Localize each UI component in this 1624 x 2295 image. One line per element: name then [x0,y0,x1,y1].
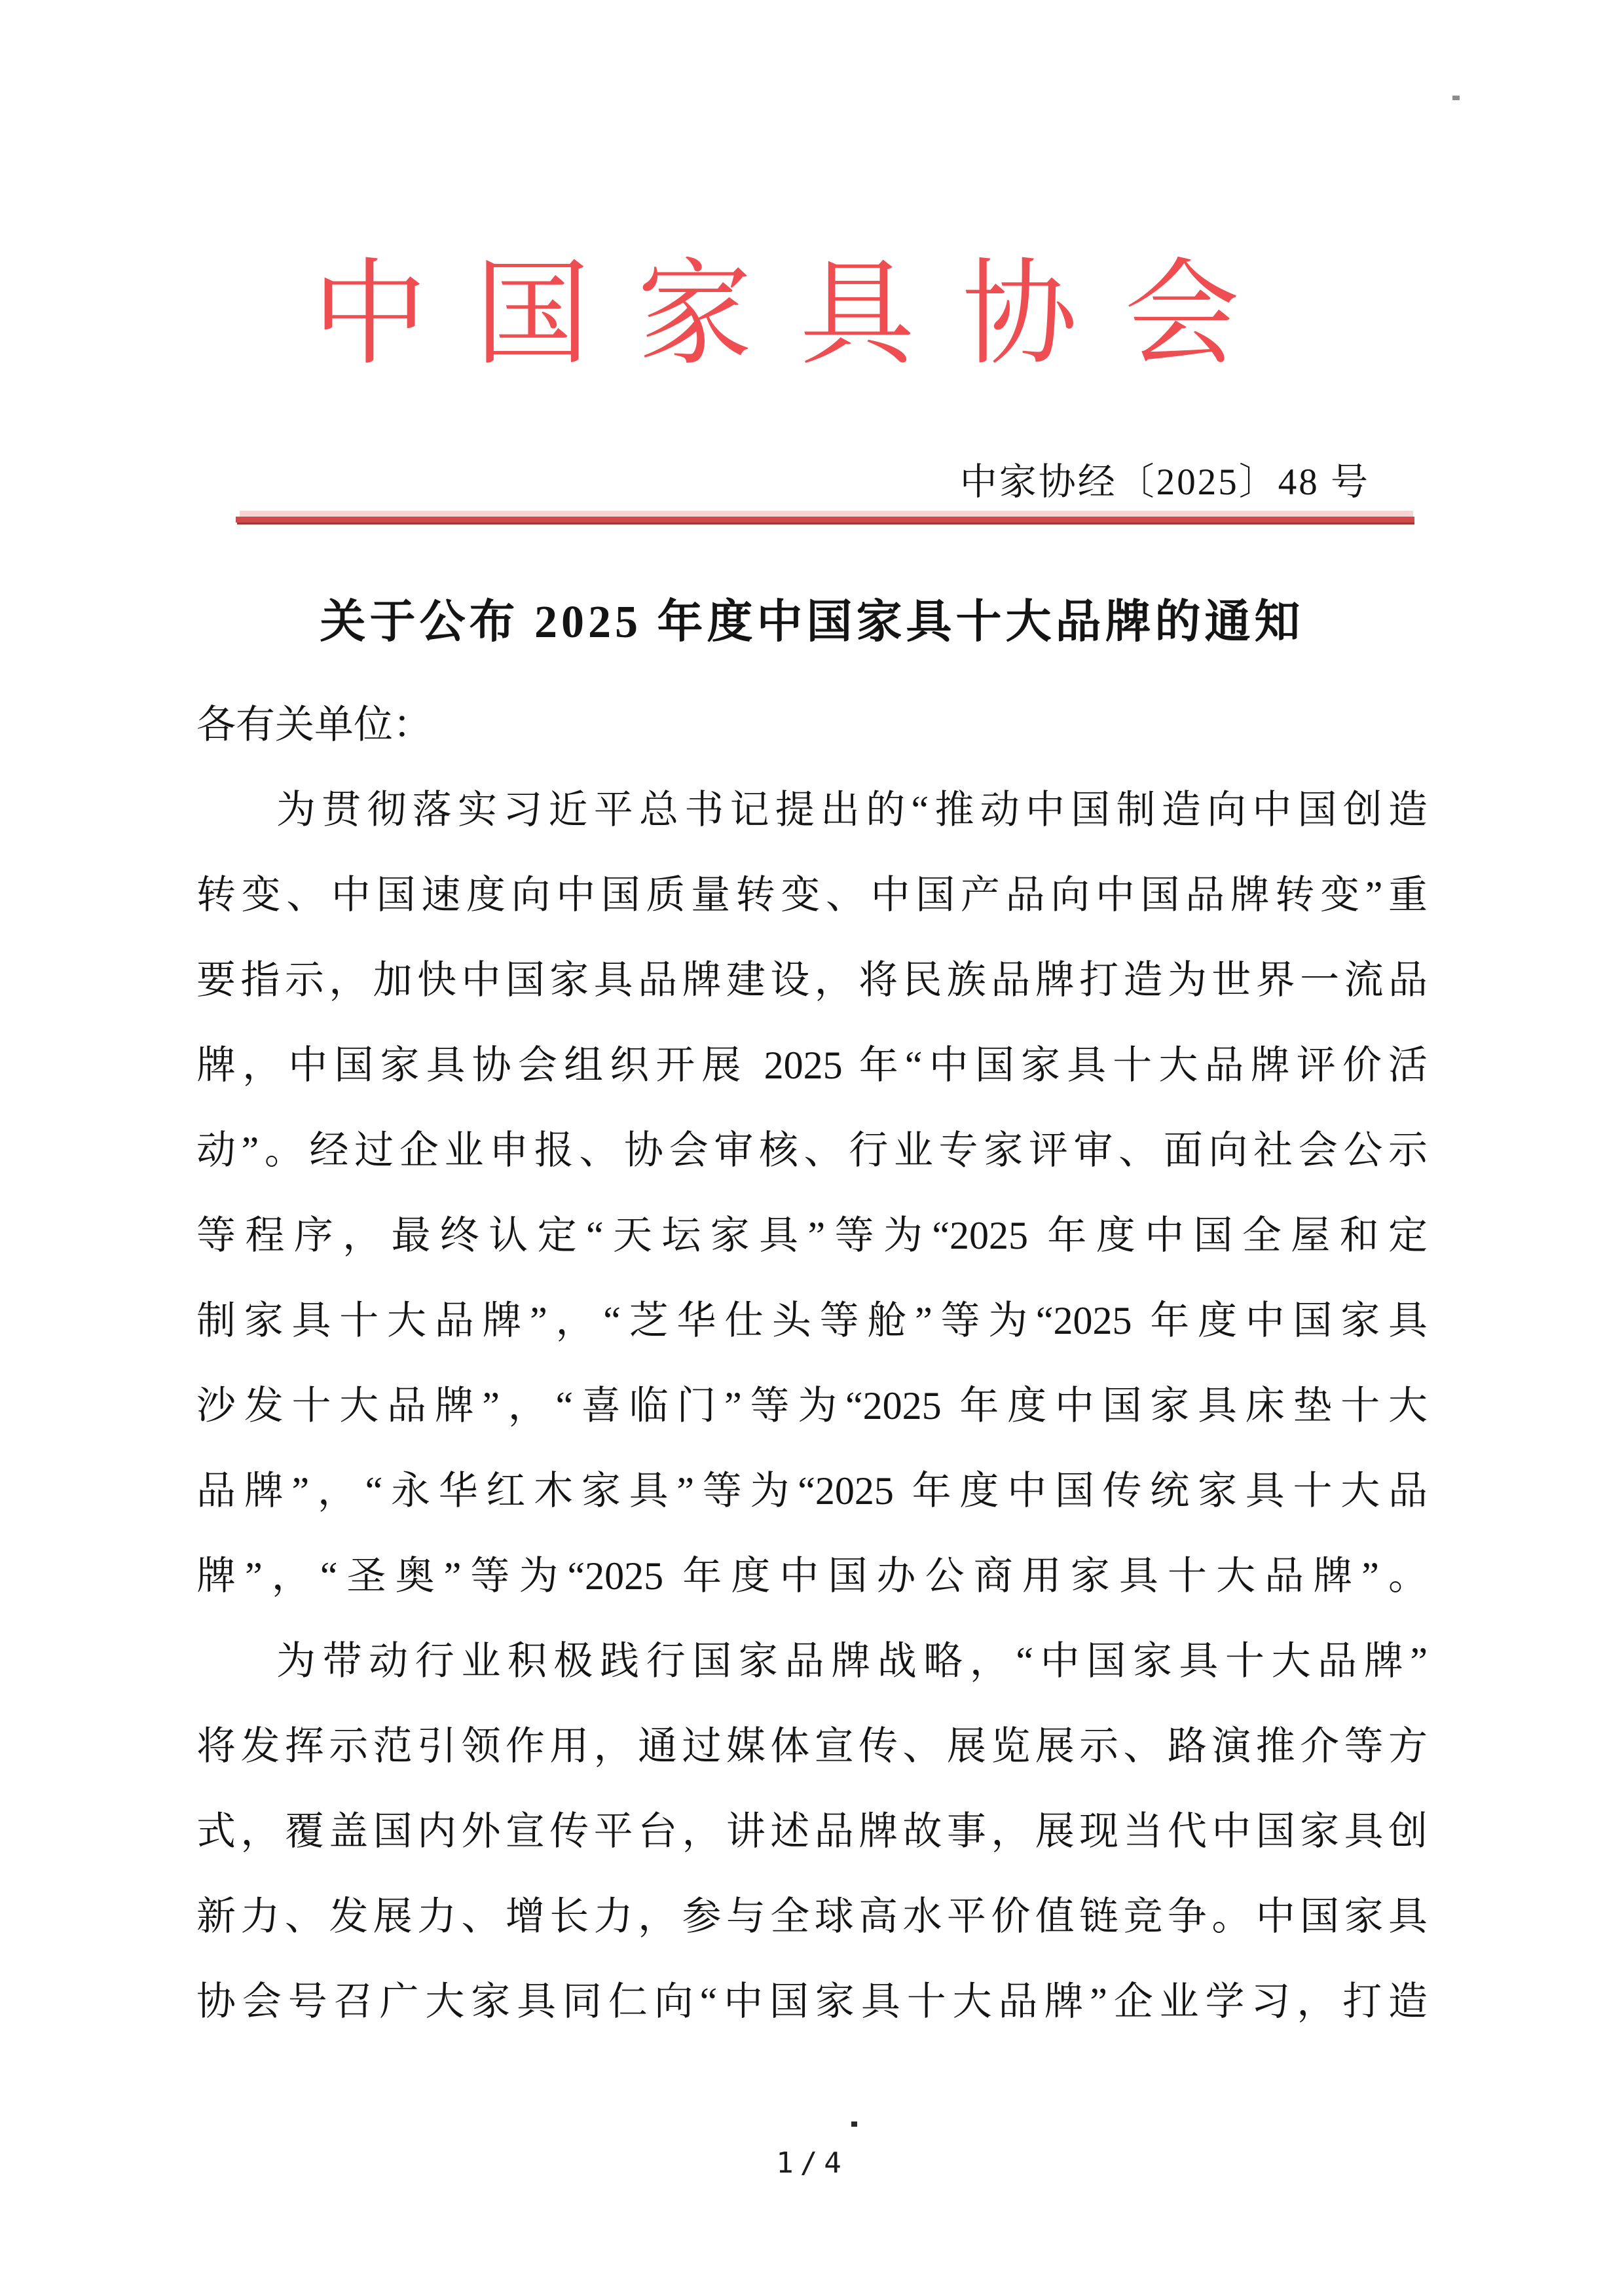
red-divider-shadow [237,523,1414,524]
scan-artifact-dot [1452,96,1460,100]
organization-name-text: 中国家具协会 [312,251,1287,379]
red-divider-rule [236,511,1414,525]
organization-name: 中国家具协会 [0,221,1552,387]
body-line: 新力、发展力、增长力，参与全球高水平价值链竞争。中国家具 [196,1874,1428,1959]
document-page: 中国家具协会 中家协经〔2025〕48 号 关于公布 2025 年度中国家具十大… [0,0,1624,2295]
document-number: 中家协经〔2025〕48 号 [960,452,1370,505]
body-line: 将发挥示范引领作用，通过媒体宣传、展览展示、路演推介等方 [196,1704,1428,1789]
document-title: 关于公布 2025 年度中国家具十大品牌的通知 [0,585,1624,651]
body-line: 要指示，加快中国家具品牌建设，将民族品牌打造为世界一流品 [196,938,1428,1023]
body-line: 为带动行业积极践行国家品牌战略，“中国家具十大品牌” [196,1619,1428,1704]
body-line: 品牌”，“永华红木家具”等为“2025 年度中国传统家具十大品 [196,1448,1428,1533]
body-line: 牌，中国家具协会组织开展 2025 年“中国家具十大品牌评价活 [196,1023,1428,1108]
body-line: 动”。经过企业申报、协会审核、行业专家评审、面向社会公示 [196,1108,1428,1193]
page-number: 1/4 [0,2146,1624,2180]
red-divider-highlight [240,511,1413,517]
body-line: 协会号召广大家具同仁向“中国家具十大品牌”企业学习，打造 [196,1959,1428,2044]
body-line: 转变、中国速度向中国质量转变、中国产品向中国品牌转变”重 [196,853,1428,938]
red-divider-main [236,517,1414,523]
document-body: 各有关单位： 为贯彻落实习近平总书记提出的“推动中国制造向中国创造转变、中国速度… [196,682,1428,2044]
body-line: 制家具十大品牌”，“芝华仕头等舱”等为“2025 年度中国家具 [196,1278,1428,1363]
body-line: 为贯彻落实习近平总书记提出的“推动中国制造向中国创造 [196,767,1428,853]
scan-artifact-dot [851,2121,857,2127]
body-line: 沙发十大品牌”，“喜临门”等为“2025 年度中国家具床垫十大 [196,1363,1428,1448]
body-paragraphs: 为贯彻落实习近平总书记提出的“推动中国制造向中国创造转变、中国速度向中国质量转变… [196,767,1428,2044]
body-line: 牌”，“圣奥”等为“2025 年度中国办公商用家具十大品牌”。 [196,1533,1428,1619]
salutation: 各有关单位： [196,682,1428,767]
body-line: 式，覆盖国内外宣传平台，讲述品牌故事，展现当代中国家具创 [196,1789,1428,1874]
body-line: 等程序，最终认定“天坛家具”等为“2025 年度中国全屋和定 [196,1193,1428,1278]
